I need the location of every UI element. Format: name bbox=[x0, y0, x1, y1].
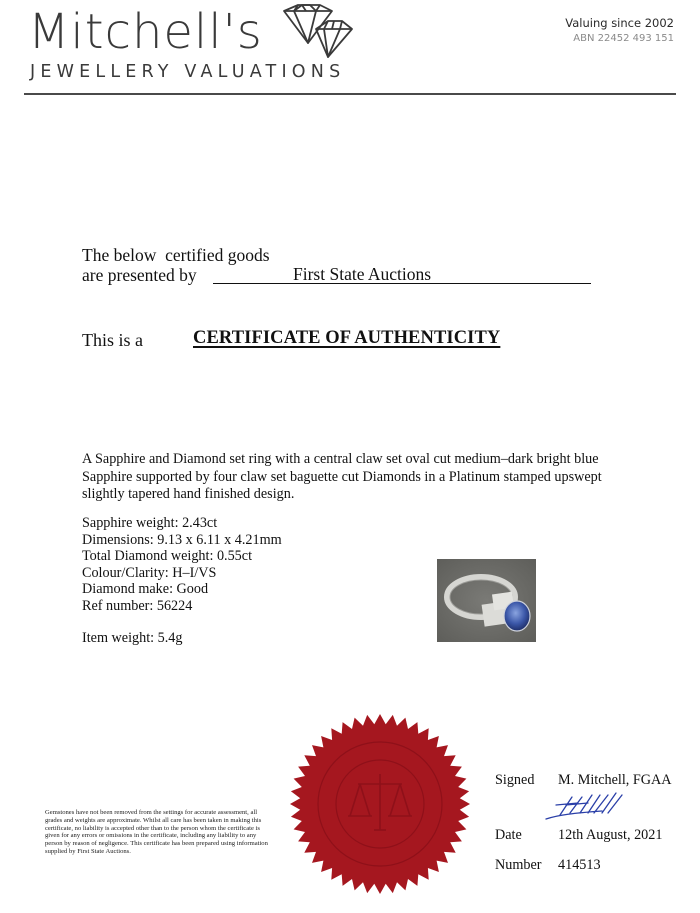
item-description: A Sapphire and Diamond set ring with a c… bbox=[82, 451, 602, 504]
date-label: Date bbox=[495, 827, 522, 844]
certificate-number: 414513 bbox=[558, 857, 601, 874]
tagline: Valuing since 2002 bbox=[565, 16, 674, 30]
certificate-lead: This is a bbox=[82, 330, 143, 351]
signed-label: Signed bbox=[495, 772, 534, 789]
number-label: Number bbox=[495, 857, 542, 874]
date-value: 12th August, 2021 bbox=[558, 827, 662, 844]
abn-number: ABN 22452 493 151 bbox=[573, 33, 674, 44]
brand-subtitle: JEWELLERY VALUATIONS bbox=[30, 62, 345, 82]
signed-value: M. Mitchell, FGAA bbox=[558, 772, 672, 789]
item-weight: Item weight: 5.4g bbox=[82, 630, 182, 647]
disclaimer-text: Gemstones have not been removed from the… bbox=[45, 809, 270, 856]
spec-ref-number: Ref number: 56224 bbox=[82, 598, 282, 615]
diamonds-icon bbox=[276, 3, 356, 59]
spec-diamond-weight: Total Diamond weight: 0.55ct bbox=[82, 548, 282, 565]
presentation-line-2: are presented by bbox=[82, 265, 197, 286]
ring-image bbox=[437, 559, 536, 642]
brand-name: Mitchell's bbox=[28, 4, 263, 60]
presenter-name: First State Auctions bbox=[293, 264, 431, 285]
spec-diamond-make: Diamond make: Good bbox=[82, 581, 282, 598]
signature bbox=[544, 791, 626, 821]
presentation-line-1: The below certified goods bbox=[82, 245, 270, 266]
certificate-title: CERTIFICATE OF AUTHENTICITY bbox=[193, 328, 500, 349]
spec-sapphire-weight: Sapphire weight: 2.43ct bbox=[82, 515, 282, 532]
spec-colour-clarity: Colour/Clarity: H–I/VS bbox=[82, 565, 282, 582]
ring-photo bbox=[437, 559, 536, 642]
spec-dimensions: Dimensions: 9.13 x 6.11 x 4.21mm bbox=[82, 532, 282, 549]
scales-of-justice-seal-icon bbox=[288, 712, 472, 896]
header-divider bbox=[24, 93, 676, 95]
spec-list: Sapphire weight: 2.43ct Dimensions: 9.13… bbox=[82, 515, 282, 615]
